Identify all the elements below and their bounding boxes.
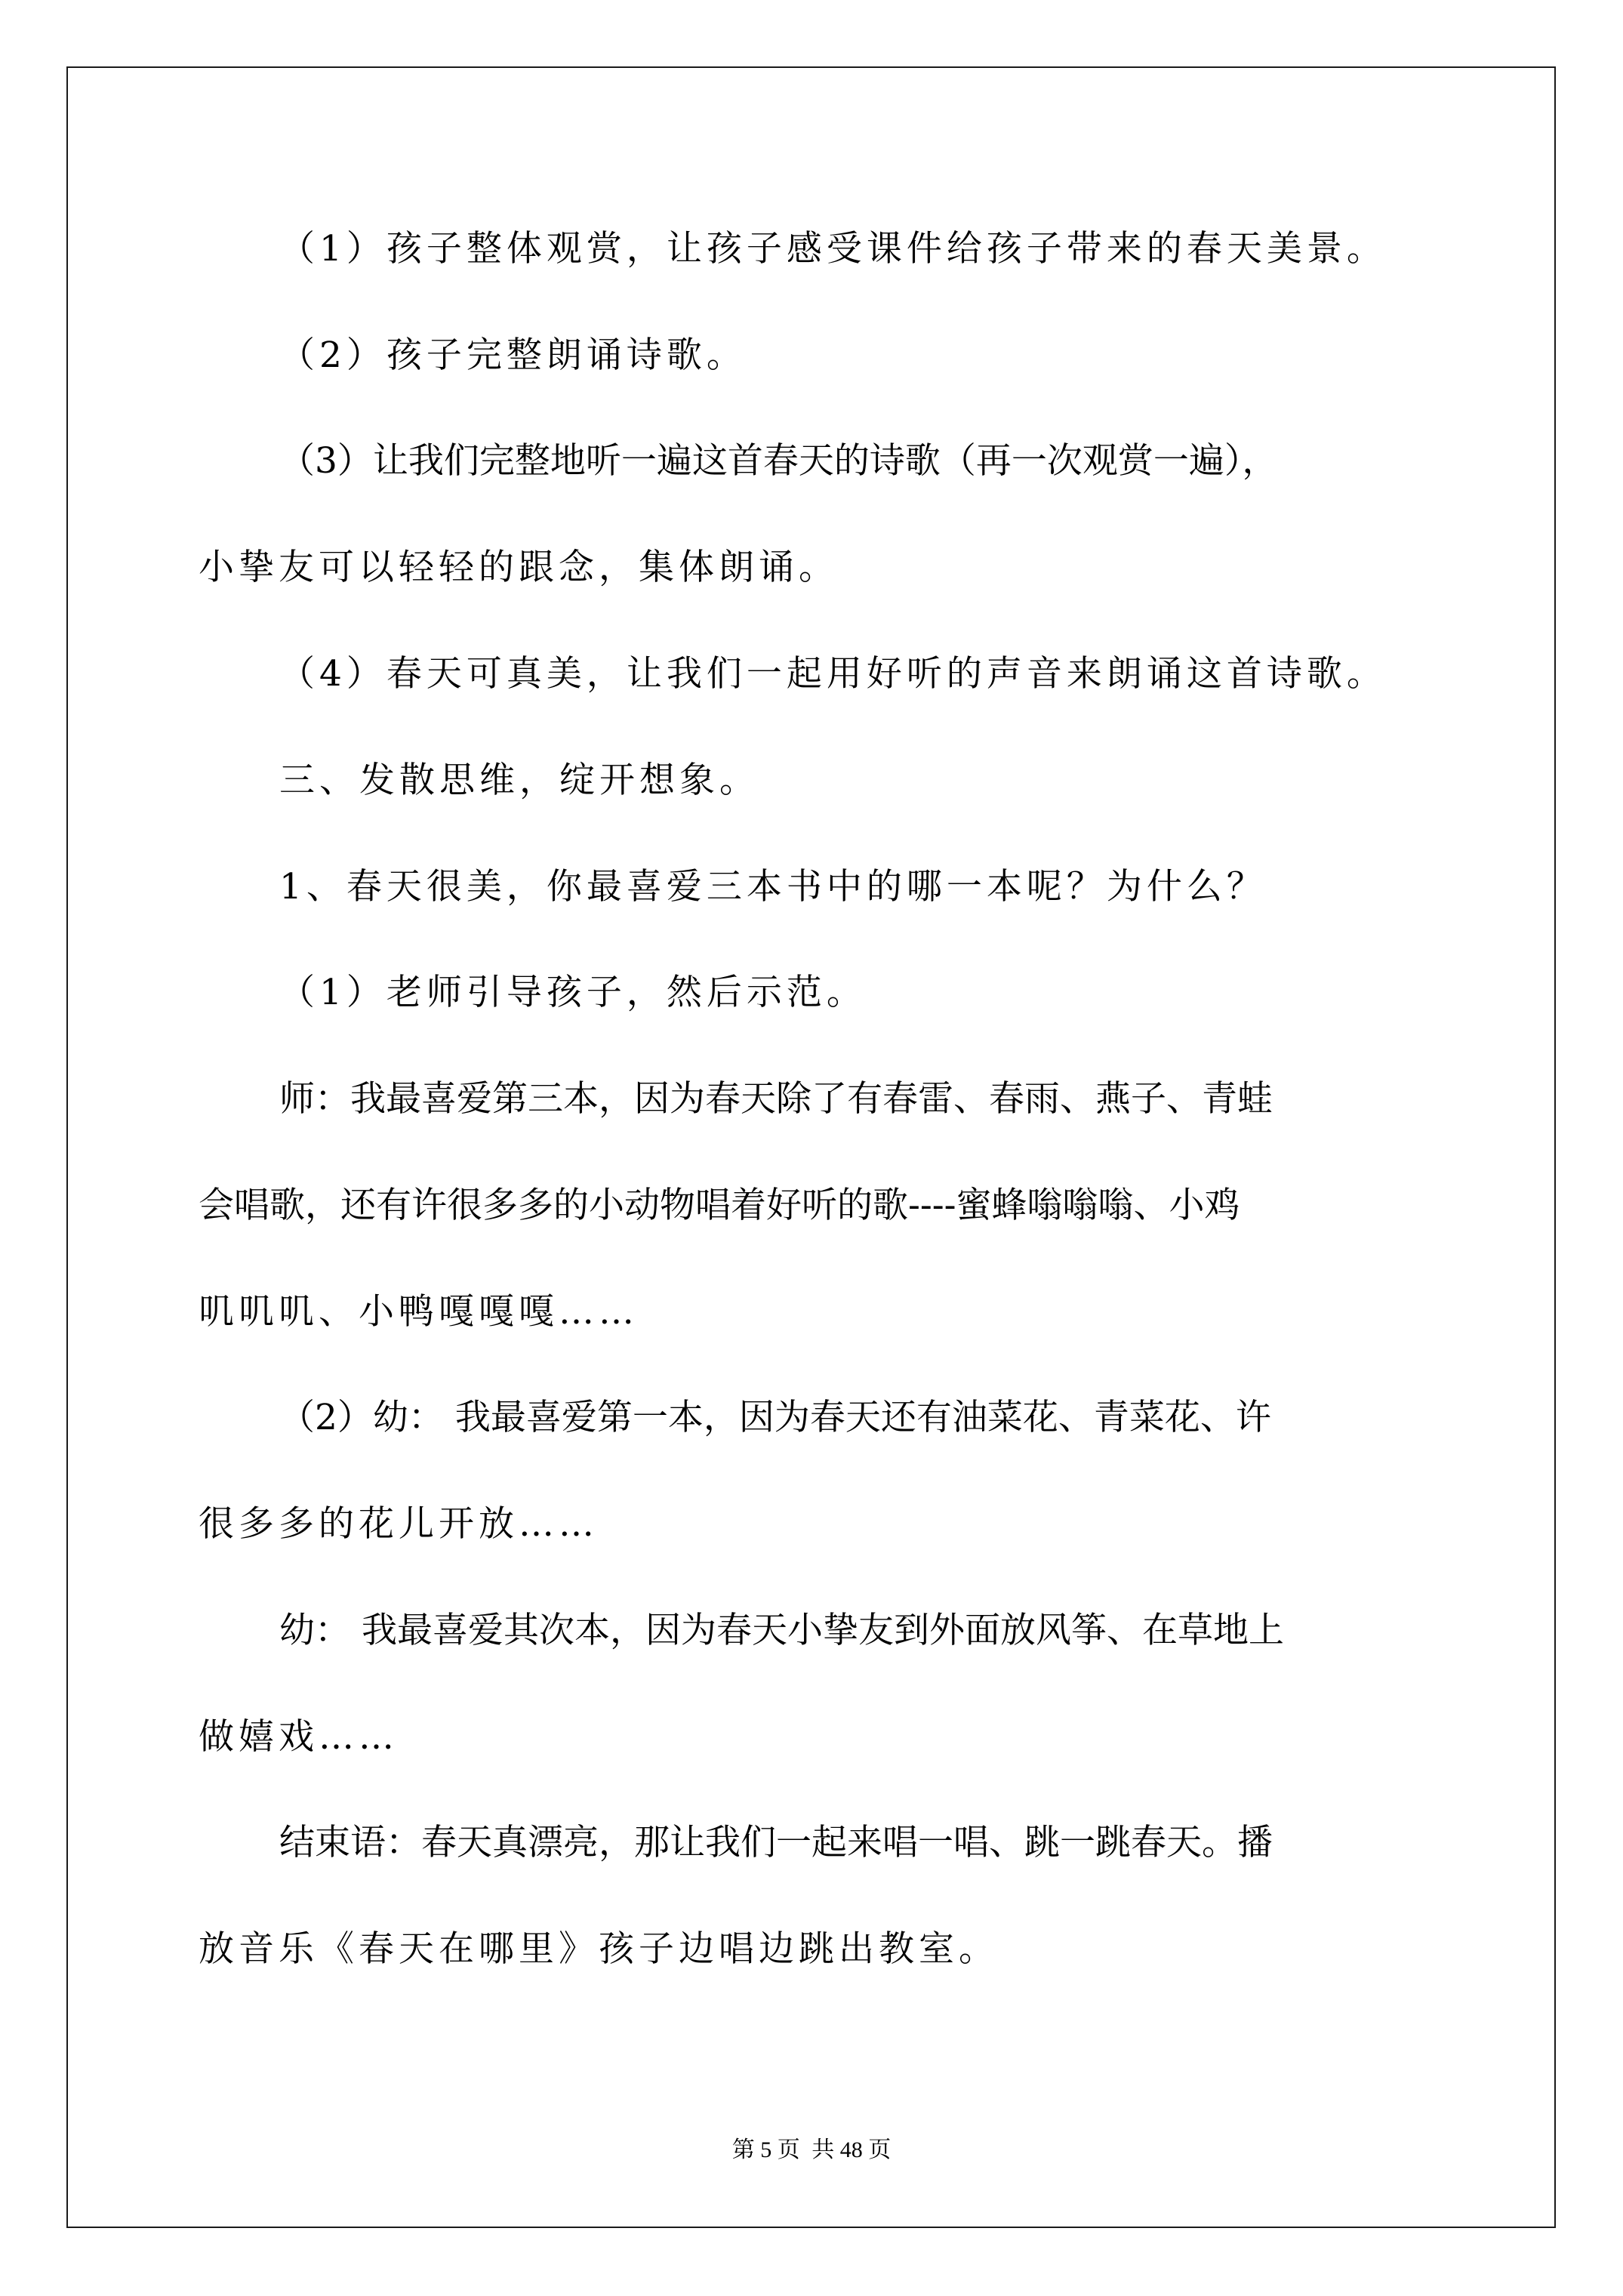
paragraph-line: 师：我最喜爱第三本，因为春天除了有春雷、春雨、燕子、青蛙 [279,1077,1506,1122]
paragraph-line: 1、春天很美，你最喜爱三本书中的哪一本呢？为什么？ [279,864,1506,910]
page-footer: 第 5 页 共 48 页 [0,2135,1623,2165]
paragraph-line: （1）孩子整体观赏，让孩子感受课件给孩子带来的春天美景。 [279,227,1506,272]
paragraph-line: 幼： 我最喜爱其次本，因为春天小挚友到外面放风筝、在草地上 [279,1608,1506,1653]
paragraph-line: 放音乐《春天在哪里》孩子边唱边跳出教室。 [199,1927,1425,1972]
page-border [66,66,1556,2228]
paragraph-line: （4）春天可真美，让我们一起用好听的声音来朗诵这首诗歌。 [279,652,1506,697]
paragraph-line: （2）孩子完整朗诵诗歌。 [279,333,1506,378]
paragraph-line: 很多多的花儿开放…… [199,1502,1425,1547]
total-pages-label: 共 48 页 [811,2137,891,2162]
paragraph-line: （3）让我们完整地听一遍这首春天的诗歌（再一次观赏一遍）， [279,439,1506,484]
paragraph-line: 小挚友可以轻轻的跟念，集体朗诵。 [199,545,1425,590]
section-heading: 三、发散思维，绽开想象。 [279,758,1506,803]
paragraph-line: 叽叽叽、小鸭嘎嘎嘎…… [199,1290,1425,1335]
current-page-label: 第 5 页 [732,2137,800,2162]
paragraph-line: （1）老师引导孩子，然后示范。 [279,970,1506,1015]
paragraph-line: 会唱歌，还有许很多多的小动物唱着好听的歌----蜜蜂嗡嗡嗡、小鸡 [199,1183,1425,1228]
paragraph-line: （2）幼： 我最喜爱第一本，因为春天还有油菜花、青菜花、许 [279,1395,1506,1441]
paragraph-line: 做嬉戏…… [199,1715,1425,1760]
paragraph-line: 结束语：春天真漂亮，那让我们一起来唱一唱、跳一跳春天。播 [279,1820,1506,1866]
